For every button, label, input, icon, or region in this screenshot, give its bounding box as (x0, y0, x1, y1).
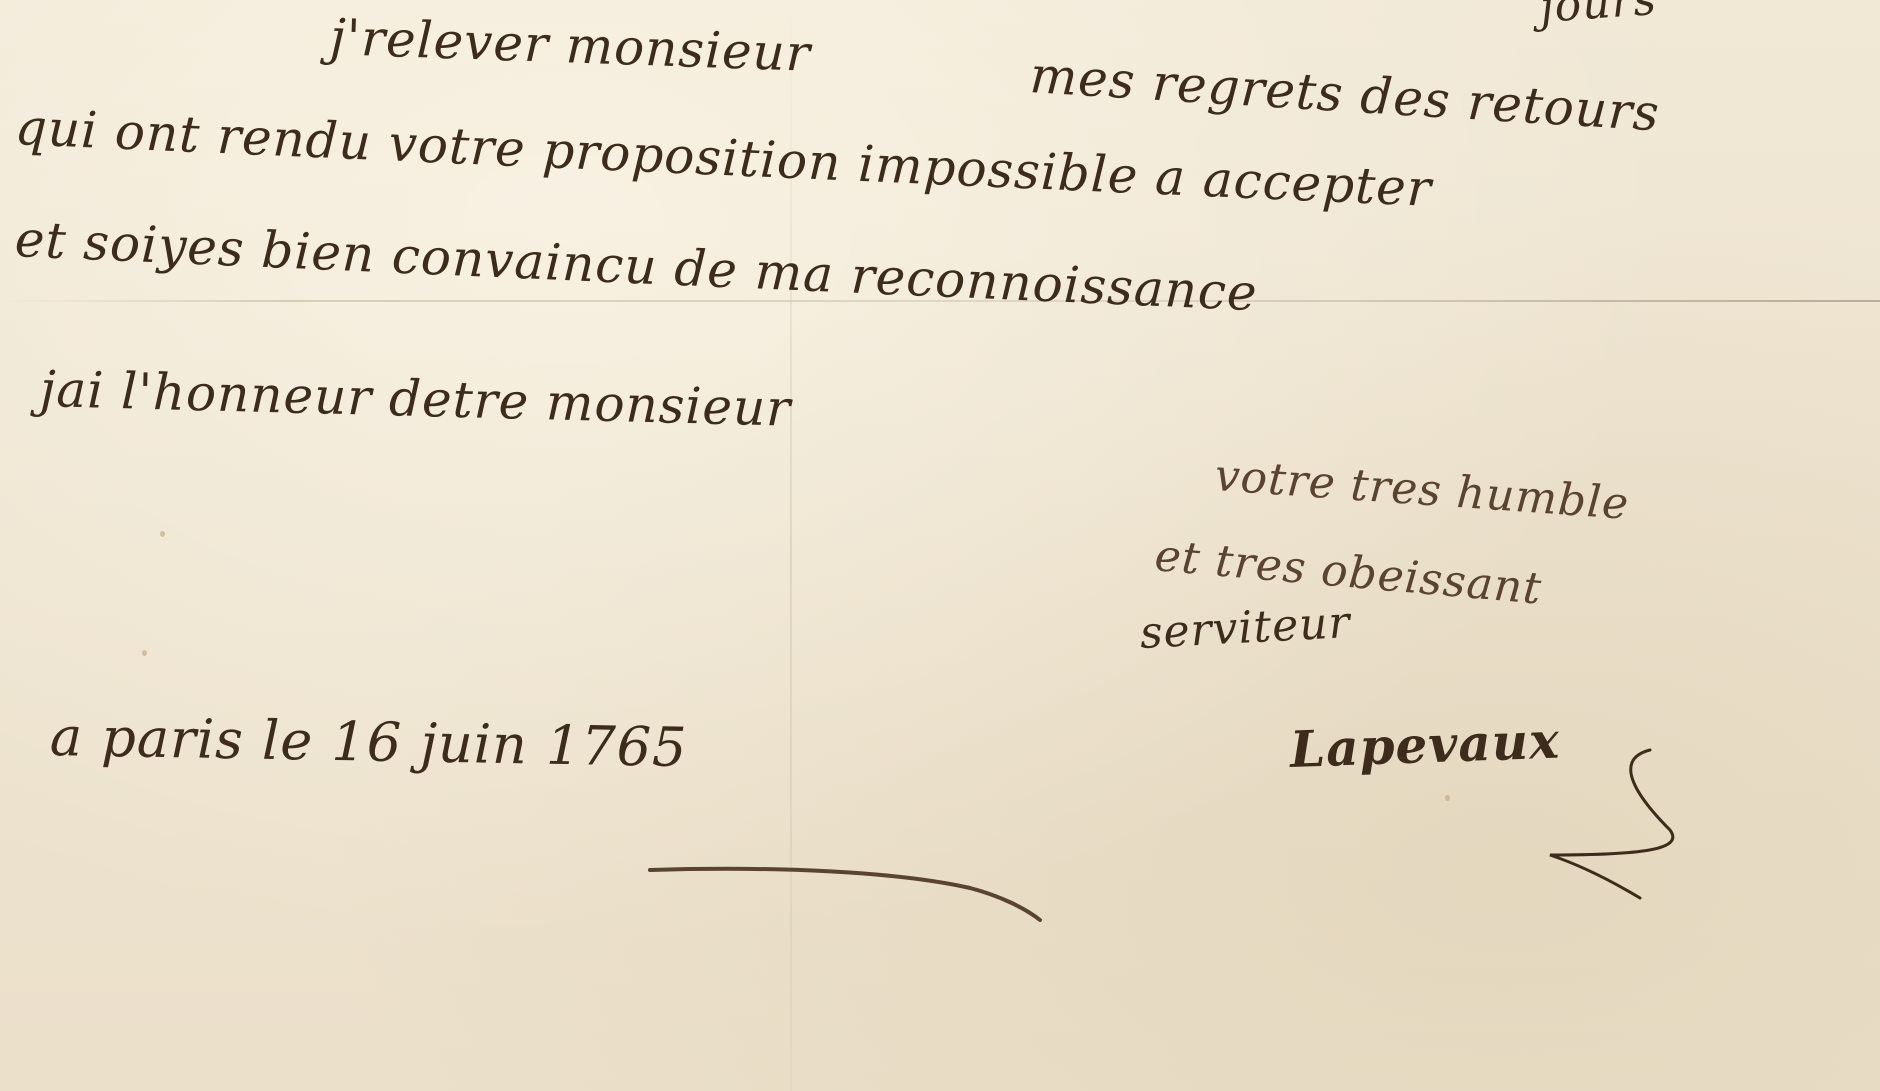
signature-paraph-flourish (1520, 730, 1720, 900)
dateline: a paris le 16 juin 1765 (49, 705, 688, 779)
paper-stain (142, 650, 147, 656)
paper-stain (1445, 795, 1450, 801)
paper-stain (160, 531, 165, 537)
underline-flourish (640, 860, 1060, 940)
